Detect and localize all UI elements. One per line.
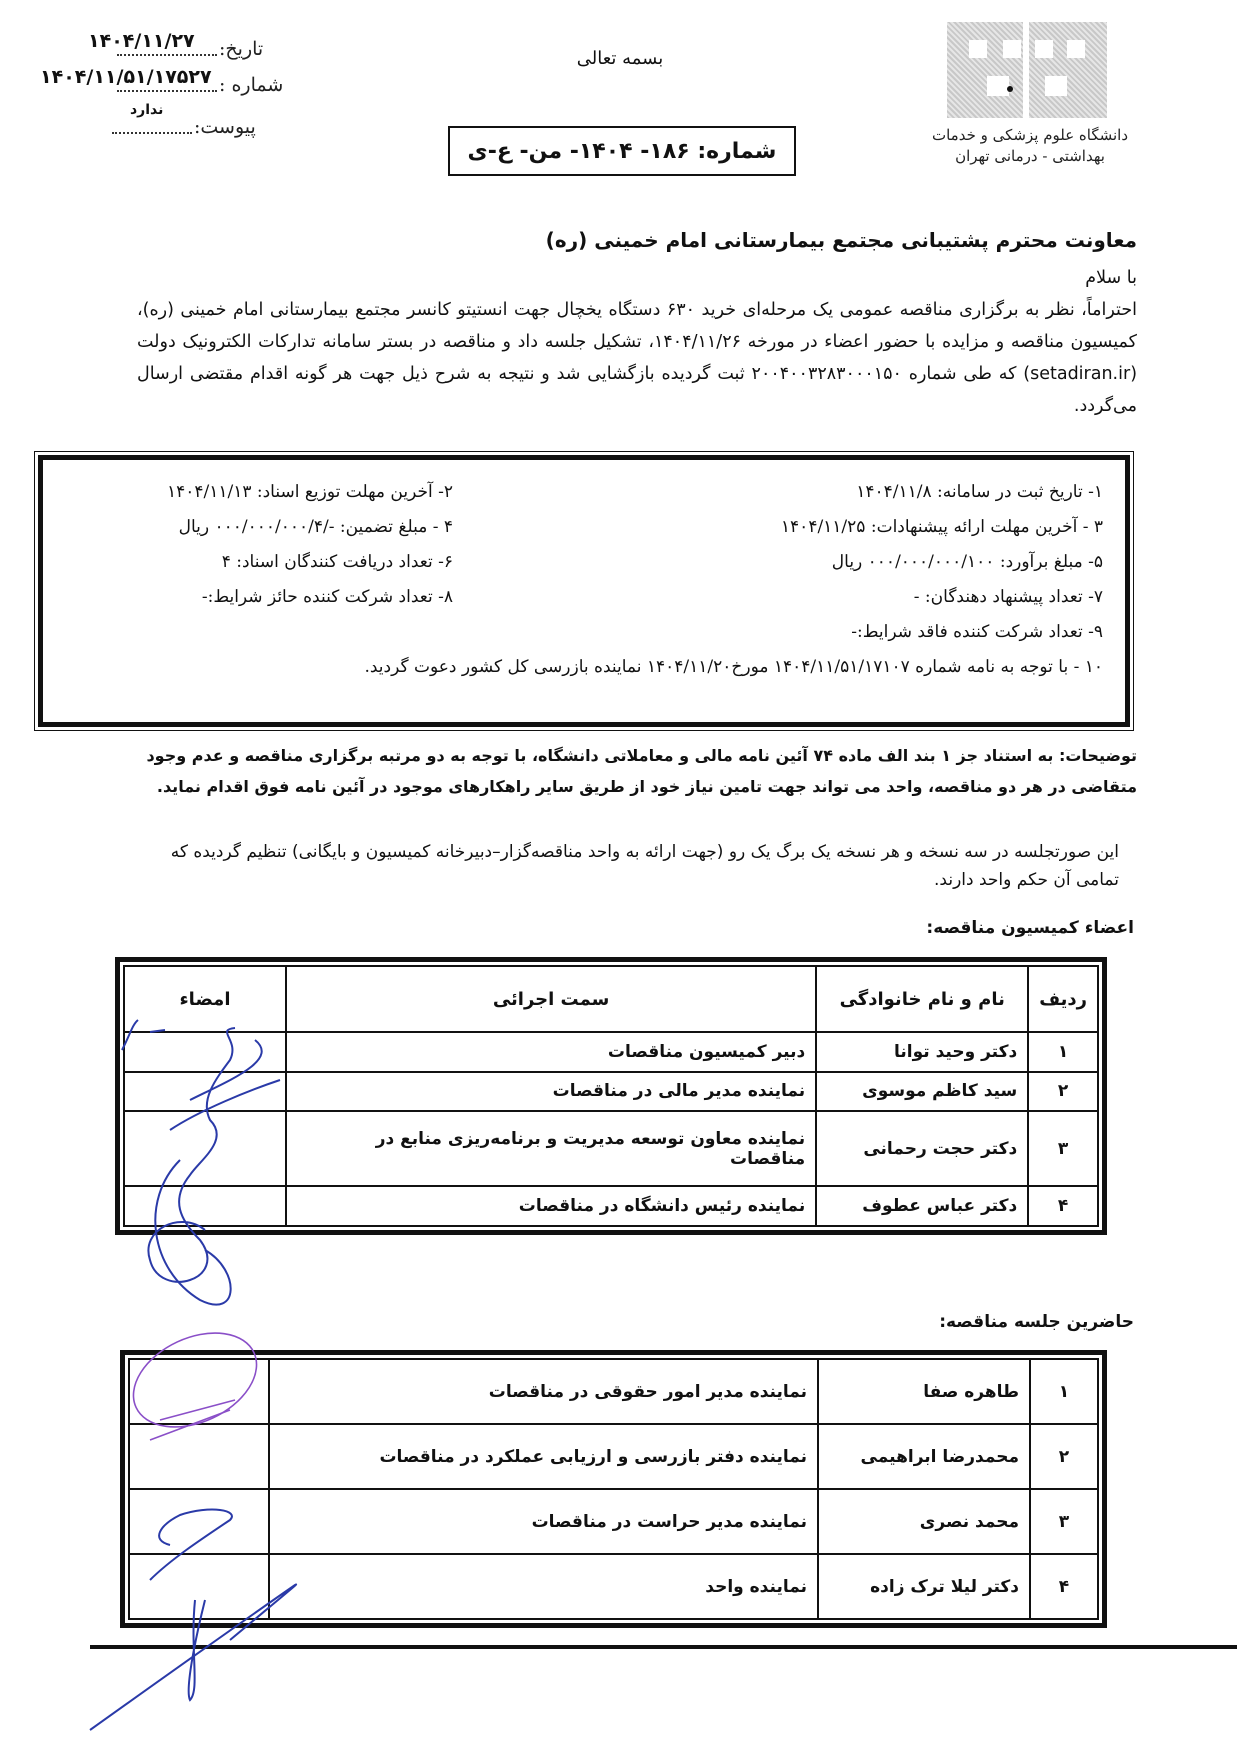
- member-role: نماینده رئیس دانشگاه در مناقصات: [286, 1186, 816, 1226]
- signature-cell: [124, 1186, 286, 1226]
- row-number: ۲: [1028, 1072, 1098, 1112]
- table-row: ۴ دکتر عباس عطوف نماینده رئیس دانشگاه در…: [124, 1186, 1098, 1226]
- university-emblem-icon: [947, 22, 1107, 118]
- member-role: نماینده معاون توسعه مدیریت و برنامه‌ریزی…: [286, 1111, 816, 1186]
- detail-item-9: ۹- تعداد شرکت کننده فاقد شرایط:-: [851, 622, 1103, 642]
- attachment-value: ندارد: [130, 102, 163, 118]
- attendees-title: حاضرین جلسه مناقصه:: [939, 1312, 1134, 1332]
- col-position: سمت اجرائی: [286, 966, 816, 1032]
- signature-cell: [129, 1359, 269, 1424]
- committee-header-row: ردیف نام و نام خانوادگی سمت اجرائی امضاء: [124, 966, 1098, 1032]
- attendees-table: ۱ طاهره صفا نماینده مدیر امور حقوقی در م…: [120, 1350, 1107, 1628]
- attendee-role: نماینده مدیر امور حقوقی در مناقصات: [269, 1359, 818, 1424]
- greeting: با سلام: [137, 262, 1137, 294]
- row-number: ۳: [1030, 1489, 1098, 1554]
- number-dots: [117, 90, 217, 92]
- table-row: ۲ محمدرضا ابراهیمی نماینده دفتر بازرسی و…: [129, 1424, 1098, 1489]
- attendee-role: نماینده مدیر حراست در مناقصات: [269, 1489, 818, 1554]
- member-role: نماینده مدیر مالی در مناقصات: [286, 1072, 816, 1112]
- number-value: ۱۴۰۴/۱۱/۵۱/۱۷۵۲۷: [40, 66, 212, 88]
- table-row: ۴ دکتر لیلا ترک زاده نماینده واحد: [129, 1554, 1098, 1619]
- signature-cell: [129, 1489, 269, 1554]
- row-number: ۲: [1030, 1424, 1098, 1489]
- notes-paragraph: توضیحات: به استناد جز ۱ بند الف ماده ۷۴ …: [137, 740, 1137, 802]
- member-name: سید کاظم موسوی: [816, 1072, 1028, 1112]
- university-name-line2: بهداشتی - درمانی تهران: [920, 146, 1140, 167]
- member-name: دکتر حجت رحمانی: [816, 1111, 1028, 1186]
- row-number: ۱: [1030, 1359, 1098, 1424]
- row-number: ۱: [1028, 1032, 1098, 1072]
- col-row-number: ردیف: [1028, 966, 1098, 1032]
- row-number: ۴: [1030, 1554, 1098, 1619]
- detail-item-10: ۱۰ - با توجه به نامه شماره ۱۴۰۴/۱۱/۵۱/۱۷…: [364, 657, 1103, 677]
- detail-item-4: ۴ - مبلغ تضمین: -/۰۰۰/۰۰۰/۰۰۰/۴ ریال: [179, 517, 453, 537]
- row-number: ۴: [1028, 1186, 1098, 1226]
- table-row: ۱ طاهره صفا نماینده مدیر امور حقوقی در م…: [129, 1359, 1098, 1424]
- attachment-label: پیوست:: [194, 116, 256, 138]
- attachment-row: پیوست:: [110, 116, 256, 138]
- letter-body: احتراماً، نظر به برگزاری مناقصه عمومی یک…: [137, 294, 1137, 422]
- attendee-role: نماینده واحد: [269, 1554, 818, 1619]
- tender-details-box: ۱- تاریخ ثبت در سامانه: ۱۴۰۴/۱۱/۸ ۲- آخر…: [38, 455, 1130, 727]
- number-label: شماره :: [219, 74, 283, 96]
- table-row: ۱ دکتر وحید توانا دبیر کمیسیون مناقصات: [124, 1032, 1098, 1072]
- date-dots: [117, 54, 217, 56]
- detail-item-5: ۵- مبلغ برآورد: ۰۰۰/۰۰۰/۰۰۰/۱۰۰ ریال: [832, 552, 1103, 572]
- document-number: شماره: ۱۸۶- ۱۴۰۴- من- ع-ی: [468, 139, 777, 164]
- signature-cell: [124, 1111, 286, 1186]
- member-name: دکتر وحید توانا: [816, 1032, 1028, 1072]
- attendee-name: دکتر لیلا ترک زاده: [818, 1554, 1030, 1619]
- attachment-dots: [112, 132, 192, 134]
- date-value: ۱۴۰۴/۱۱/۲۷: [88, 30, 195, 52]
- detail-item-1: ۱- تاریخ ثبت در سامانه: ۱۴۰۴/۱۱/۸: [856, 482, 1103, 502]
- closing-paragraph: این صورتجلسه در سه نسخه و هر نسخه یک برگ…: [139, 838, 1119, 894]
- university-name-line1: دانشگاه علوم پزشکی و خدمات: [920, 125, 1140, 146]
- document-number-box: شماره: ۱۸۶- ۱۴۰۴- من- ع-ی: [448, 126, 796, 176]
- signature-cell: [124, 1032, 286, 1072]
- col-full-name: نام و نام خانوادگی: [816, 966, 1028, 1032]
- committee-title: اعضاء کمیسیون مناقصه:: [926, 918, 1134, 938]
- member-role: دبیر کمیسیون مناقصات: [286, 1032, 816, 1072]
- date-label: تاریخ:: [219, 38, 263, 60]
- addressee: معاونت محترم پشتیبانی مجتمع بیمارستانی ا…: [546, 228, 1137, 252]
- attendee-name: محمد نصری: [818, 1489, 1030, 1554]
- detail-item-6: ۶- تعداد دریافت کنندگان اسناد: ۴: [222, 552, 453, 572]
- member-name: دکتر عباس عطوف: [816, 1186, 1028, 1226]
- detail-item-8: ۸- تعداد شرکت کننده حائز شرایط:-: [202, 587, 453, 607]
- signature-cell: [129, 1554, 269, 1619]
- signature-cell: [124, 1072, 286, 1112]
- footer-divider: [90, 1645, 1237, 1649]
- detail-item-3: ۳ - آخرین مهلت ارائه پیشنهادات: ۱۴۰۴/۱۱/…: [781, 517, 1103, 537]
- col-signature: امضاء: [124, 966, 286, 1032]
- signature-cell: [129, 1424, 269, 1489]
- attendee-role: نماینده دفتر بازرسی و ارزیابی عملکرد در …: [269, 1424, 818, 1489]
- university-name: دانشگاه علوم پزشکی و خدمات بهداشتی - درم…: [920, 125, 1140, 167]
- table-row: ۳ دکتر حجت رحمانی نماینده معاون توسعه مد…: [124, 1111, 1098, 1186]
- row-number: ۳: [1028, 1111, 1098, 1186]
- detail-item-2: ۲- آخرین مهلت توزیع اسناد: ۱۴۰۴/۱۱/۱۳: [167, 482, 453, 502]
- committee-table: ردیف نام و نام خانوادگی سمت اجرائی امضاء…: [115, 957, 1107, 1235]
- detail-item-7: ۷- تعداد پیشنهاد دهندگان: -: [914, 587, 1103, 607]
- attendee-name: محمدرضا ابراهیمی: [818, 1424, 1030, 1489]
- table-row: ۲ سید کاظم موسوی نماینده مدیر مالی در من…: [124, 1072, 1098, 1112]
- attendee-name: طاهره صفا: [818, 1359, 1030, 1424]
- table-row: ۳ محمد نصری نماینده مدیر حراست در مناقصا…: [129, 1489, 1098, 1554]
- bismillah-heading: بسمه تعالی: [540, 48, 700, 69]
